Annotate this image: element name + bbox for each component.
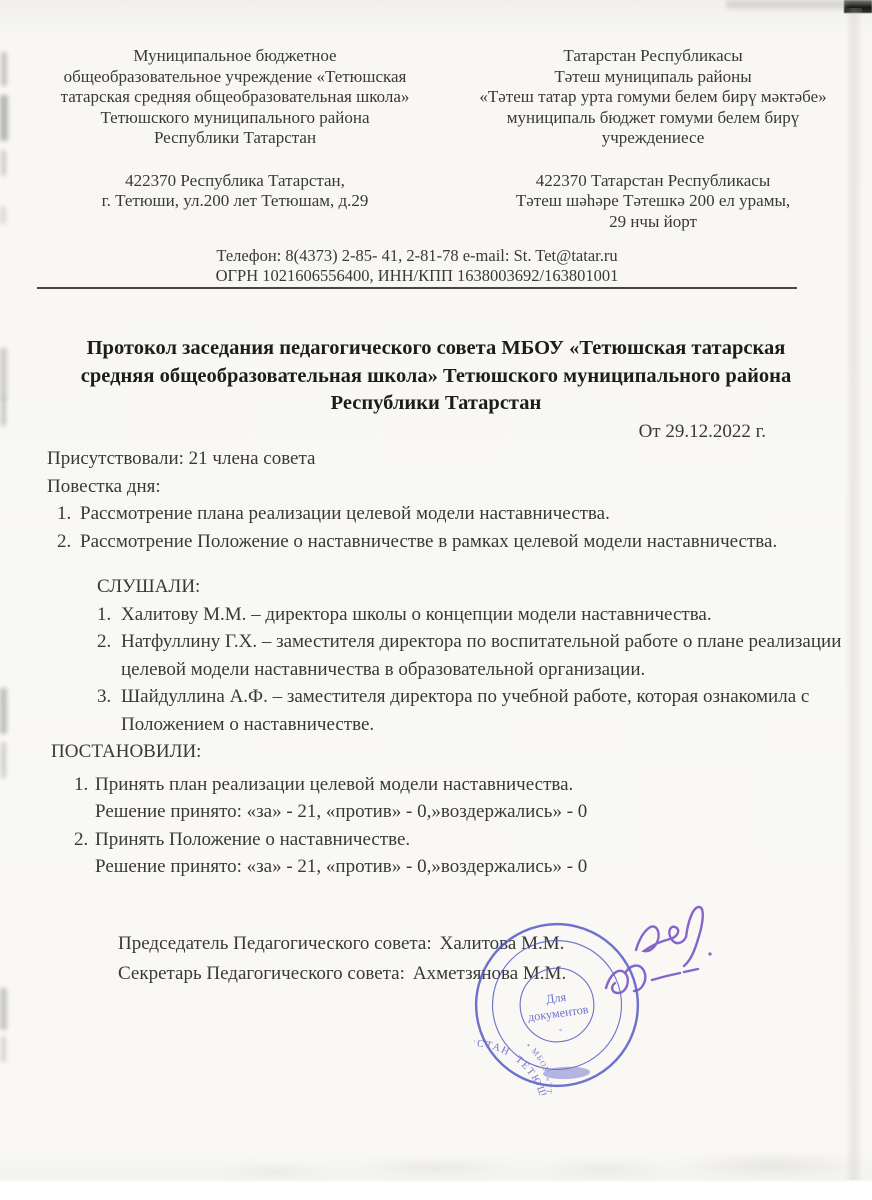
resolved-item: 1. Принять план реализации целевой модел…	[0, 771, 872, 799]
attendees-line: Присутствовали: 21 члена совета	[47, 445, 872, 473]
scan-bottom-texture	[170, 1146, 870, 1182]
stamp-center-text: Для	[545, 990, 567, 1007]
item-text: Натфуллину Г.Х. – заместителя директора …	[121, 628, 872, 683]
item-number: 2.	[57, 528, 80, 556]
item-number: 2.	[74, 826, 95, 854]
scan-edge-smudge	[0, 95, 8, 141]
signature-label: Секретарь Педагогического совета:	[118, 959, 405, 989]
org-name-russian: Муниципальное бюджетное общеобразователь…	[30, 46, 440, 232]
secretary-autograph	[600, 952, 704, 1004]
scan-top-shadow	[726, 0, 846, 9]
stamp-center-text: документов	[527, 1002, 590, 1024]
item-text: Принять Положение о наставничестве.	[95, 826, 410, 854]
scan-edge-smudge	[1, 398, 6, 426]
heard-item: 3. Шайдуллина А.Ф. – заместителя директо…	[0, 683, 872, 738]
heard-list: 1. Халитову М.М. – директора школы о кон…	[0, 601, 872, 739]
org-address-tatar: 422370 Татарстан Республикасы Тәтеш шәһә…	[448, 171, 858, 233]
org-line: «Тәтеш татар урта гомуми белем бирү мәкт…	[448, 87, 858, 108]
resolved-heading: ПОСТАНОВИЛИ:	[51, 738, 872, 766]
org-line: татарская средняя общеобразовательная шк…	[30, 87, 440, 108]
item-number: 1.	[74, 771, 95, 799]
scan-edge-smudge	[0, 206, 6, 224]
scan-edge-smudge	[1, 52, 7, 86]
agenda-item: 1. Рассмотрение плана реализации целевой…	[0, 500, 872, 528]
agenda-heading: Повестка дня:	[47, 473, 872, 501]
phone-email-line: Телефон: 8(4373) 2-85- 41, 2-81-78 e-mai…	[37, 246, 797, 266]
org-line: Республики Татарстан	[30, 128, 440, 149]
document-date: От 29.12.2022 г.	[0, 418, 766, 446]
org-line: общеобразовательное учреждение «Тетюшска…	[30, 67, 440, 88]
document-body: Присутствовали: 21 члена совета Повестка…	[0, 445, 872, 989]
org-line: Тәтеш муниципаль районы	[448, 67, 858, 88]
heard-heading: СЛУШАЛИ:	[97, 573, 872, 601]
signature-label: Председатель Педагогического совета:	[118, 929, 432, 959]
org-line: Муниципальное бюджетное	[30, 46, 440, 67]
address-line: 422370 Республика Татарстан,	[30, 171, 440, 192]
address-line: 422370 Татарстан Республикасы	[448, 171, 858, 192]
vote-result-line: Решение принято: «за» - 21, «против» - 0…	[95, 853, 872, 881]
item-text: Шайдуллина А.Ф. – заместителя директора …	[121, 683, 872, 738]
vote-result-line: Решение принято: «за» - 21, «против» - 0…	[95, 798, 872, 826]
agenda-item: 2. Рассмотрение Положение о наставничест…	[0, 528, 872, 556]
resolved-item: 2. Принять Положение о наставничестве.	[0, 826, 872, 854]
org-line: Татарстан Республикасы	[448, 46, 858, 67]
ogrn-inn-line: ОГРН 1021606556400, ИНН/КПП 1638003692/1…	[37, 266, 797, 289]
heard-item: 2. Натфуллину Г.Х. – заместителя директо…	[0, 628, 872, 683]
contact-block: Телефон: 8(4373) 2-85- 41, 2-81-78 e-mai…	[37, 246, 797, 289]
signature-block: Председатель Педагогического совета: Хал…	[0, 929, 872, 989]
item-number: 3.	[97, 683, 121, 738]
address-line: 29 нчы йорт	[448, 212, 858, 233]
address-line: г. Тетюши, ул.200 лет Тетюшам, д.29	[30, 191, 440, 212]
org-line: учреждениесе	[448, 128, 858, 149]
round-stamp: ТЕТЮШСКОГО МУНИЦИПАЛЬНОГО РАЙОНА РЕСПУБЛ…	[459, 907, 656, 1104]
agenda-list: 1. Рассмотрение плана реализации целевой…	[0, 500, 872, 555]
scan-edge-smudge	[1, 742, 6, 778]
scan-edge-smudge	[1, 1036, 6, 1062]
org-line: Тетюшского муниципального района	[30, 108, 440, 129]
org-address-russian: 422370 Республика Татарстан, г. Тетюши, …	[30, 171, 440, 212]
item-text: Принять план реализации целевой модели н…	[95, 771, 573, 799]
scan-edge-smudge	[1, 150, 6, 176]
item-text: Рассмотрение Положение о наставничестве …	[80, 528, 777, 556]
scanned-protocol-page: Муниципальное бюджетное общеобразователь…	[0, 0, 872, 1200]
scan-edge-smudge	[0, 348, 7, 400]
item-number: 2.	[97, 628, 121, 683]
item-text: Халитову М.М. – директора школы о концеп…	[121, 601, 712, 629]
document-title: Протокол заседания педагогического совет…	[58, 335, 814, 418]
resolved-list: 1. Принять план реализации целевой модел…	[0, 771, 872, 881]
item-number: 1.	[97, 601, 121, 629]
letterhead: Муниципальное бюджетное общеобразователь…	[0, 0, 872, 232]
item-number: 1.	[57, 500, 80, 528]
stamp-ink-blob	[543, 1066, 590, 1080]
org-name-tatar: Татарстан Республикасы Тәтеш муниципаль …	[448, 46, 858, 232]
scan-edge-smudge	[0, 688, 7, 734]
scan-right-edge-shadow	[845, 8, 862, 1180]
org-line: муниципаль бюджет гомуми белем бирү	[448, 108, 858, 129]
stamp-asterisk: *	[558, 1027, 563, 1035]
scan-edge-smudge	[0, 988, 7, 1030]
address-line: Тәтеш шәһәре Тәтешкә 200 ел урамы,	[448, 191, 858, 212]
item-text: Рассмотрение плана реализации целевой мо…	[80, 500, 610, 528]
heard-item: 1. Халитову М.М. – директора школы о кон…	[0, 601, 872, 629]
